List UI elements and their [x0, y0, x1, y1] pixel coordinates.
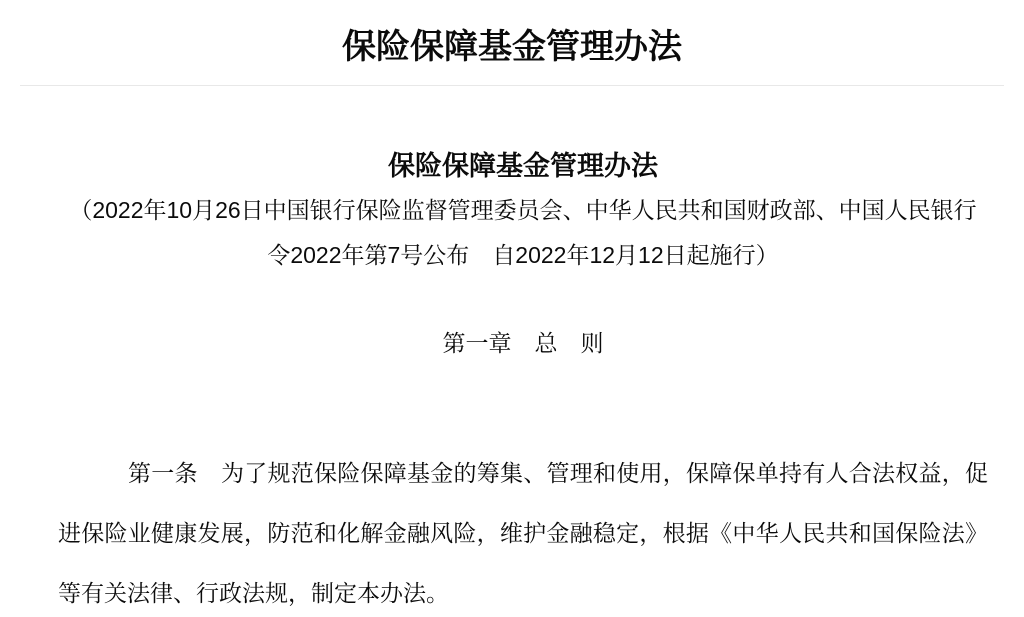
article-paragraph: 第一条 为了规范保险保障基金的筹集、管理和使用，保障保单持有人合法权益，促进保险… — [58, 443, 988, 617]
publication-info: （2022年10月26日中国银行保险监督管理委员会、中华人民共和国财政部、中国人… — [58, 188, 988, 278]
document-page: 保险保障基金管理办法 保险保障基金管理办法 （2022年10月26日中国银行保险… — [0, 0, 1024, 617]
title-divider — [20, 85, 1004, 86]
chapter-heading: 第一章 总 则 — [58, 328, 988, 358]
document-content: 保险保障基金管理办法 （2022年10月26日中国银行保险监督管理委员会、中华人… — [58, 150, 988, 617]
article-heading: 保险保障基金管理办法 — [58, 150, 988, 182]
page-title: 保险保障基金管理办法 — [0, 0, 1024, 68]
publication-info-line-2: 令2022年第7号公布 自2022年12月12日起施行） — [58, 233, 988, 278]
publication-info-line-1: （2022年10月26日中国银行保险监督管理委员会、中华人民共和国财政部、中国人… — [58, 188, 988, 233]
